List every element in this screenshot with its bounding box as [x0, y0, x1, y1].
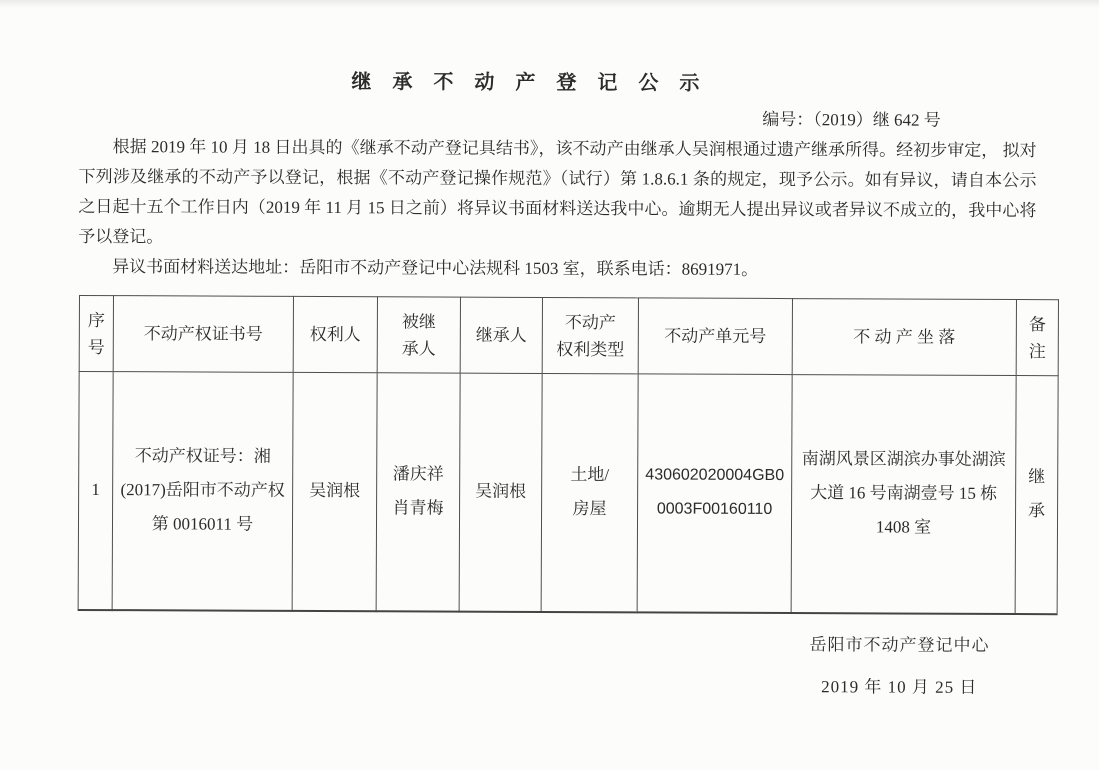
- header-remark: 备 注: [1016, 300, 1058, 376]
- header-heir: 继承人: [460, 297, 542, 373]
- table-data-row: 1 不动产权证号：湘(2017)岳阳市不动产权第 0016011 号 吴润根 潘…: [78, 371, 1058, 613]
- cell-right-type: 土地/ 房屋: [541, 373, 638, 611]
- cell-heir: 吴润根: [459, 373, 542, 611]
- scan-top-edge-artifact: [0, 0, 1099, 8]
- header-unit-no: 不动产单元号: [638, 298, 792, 375]
- header-seq: 序 号: [79, 295, 113, 371]
- cell-location: 南湖风景区湖滨办事处湖滨大道 16 号南湖壹号 15 栋 1408 室: [791, 375, 1016, 614]
- cell-unit-no: 430602020004GB0 0003F00160110: [637, 374, 792, 613]
- cell-seq: 1: [78, 371, 113, 609]
- header-certificate-no: 不动产权证书号: [113, 296, 293, 373]
- issue-date: 2019 年 10 月 25 日: [739, 671, 1059, 697]
- page-title: 继 承 不 动 产 登 记 公 示: [20, 64, 1039, 97]
- cell-decedents: 潘庆祥 肖青梅: [376, 373, 460, 611]
- header-right-type: 不动产 权利类型: [542, 297, 638, 373]
- announcement-body: 根据 2019 年 10 月 18 日出具的《继承不动产登记具结书》，该不动产由…: [78, 132, 1037, 286]
- announcement-table: 序 号 不动产权证书号 权利人 被继 承人 继承人 不动产 权利类型 不动产单元…: [78, 295, 1059, 615]
- document-content: 继 承 不 动 产 登 记 公 示 编号：（2019）继 642 号 根据 20…: [0, 64, 1099, 698]
- header-decedent: 被继 承人: [377, 297, 460, 373]
- scanned-document-page: 继 承 不 动 产 登 记 公 示 编号：（2019）继 642 号 根据 20…: [0, 0, 1099, 770]
- cell-remark: 继 承: [1015, 376, 1058, 614]
- cell-certificate-no: 不动产权证号：湘(2017)岳阳市不动产权第 0016011 号: [112, 372, 293, 611]
- header-right-holder: 权利人: [293, 296, 377, 372]
- signature-block: 岳阳市不动产登记中心 2019 年 10 月 25 日: [739, 629, 1059, 697]
- document-number: 编号：（2019）继 642 号: [0, 102, 1099, 132]
- header-location: 不 动 产 坐 落: [792, 299, 1016, 376]
- main-paragraph: 根据 2019 年 10 月 18 日出具的《继承不动产登记具结书》，该不动产由…: [78, 132, 1037, 256]
- table-header-row: 序 号 不动产权证书号 权利人 被继 承人 继承人 不动产 权利类型 不动产单元…: [79, 295, 1058, 375]
- cell-right-holder: 吴润根: [292, 372, 377, 610]
- address-paragraph: 异议书面材料送达地址：岳阳市不动产登记中心法规科 1503 室，联系电话：869…: [78, 252, 1036, 286]
- issuing-authority: 岳阳市不动产登记中心: [739, 629, 1059, 655]
